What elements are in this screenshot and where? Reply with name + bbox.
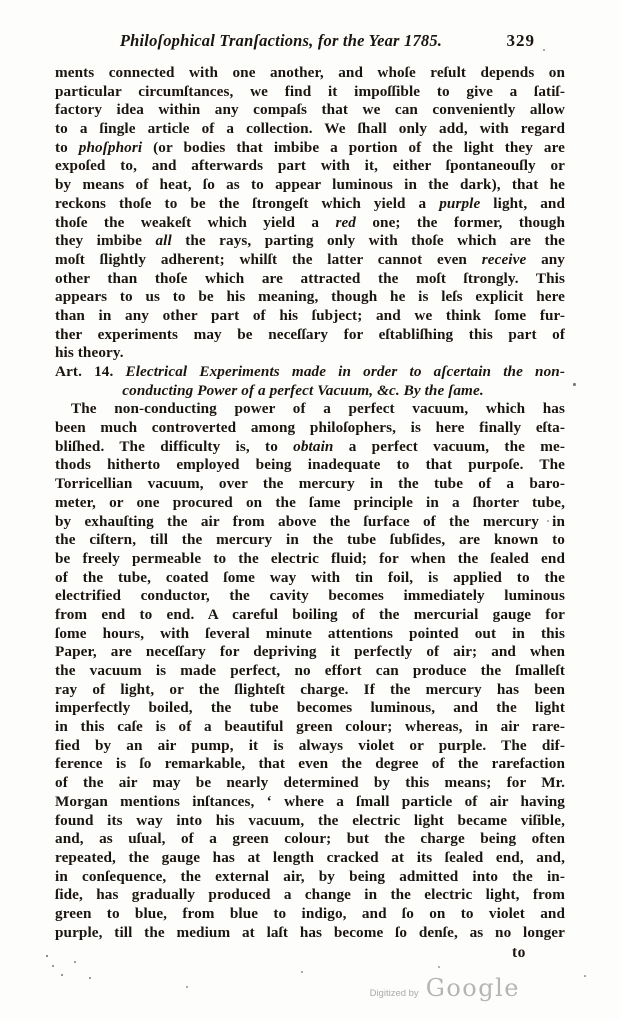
text-line: to phoſphori (or bodies that imbibe a po…	[55, 139, 565, 158]
text-block: ments connected with one another, and wh…	[55, 64, 565, 942]
text-line: Morgan mentions inſtances, ‘ where a ſma…	[55, 793, 565, 812]
text-line: by means of heat, ſo as to appear lumino…	[55, 176, 565, 195]
paragraph: ments connected with one another, and wh…	[55, 64, 565, 363]
article-heading: Art. 14. Electrical Experiments made in …	[55, 363, 565, 400]
text-line: moſt ſlightly adherent; whilſt the latte…	[55, 251, 565, 270]
text-line: from end to end. A careful boiling of th…	[55, 606, 565, 625]
text-line: of the air may be nearly determined by t…	[55, 774, 565, 793]
text-line: repeated, the gauge has at length cracke…	[55, 849, 565, 868]
text-line: appears to us to be his meaning, though …	[55, 288, 565, 307]
text-line: ference is ſo remarkable, that even the …	[55, 755, 565, 774]
text-line: ſide, has gradually produced a change in…	[55, 886, 565, 905]
text-line: green to blue, from blue to indigo, and …	[55, 905, 565, 924]
text-line: his theory.	[55, 344, 565, 363]
journal-title: Philoſophical Tranſactions, for the Year…	[55, 31, 507, 51]
text-line: be freely permeable to the electric flui…	[55, 550, 565, 569]
text-line: fied by an air pump, it is always violet…	[55, 737, 565, 756]
text-line: electrified conductor, the cavity become…	[55, 587, 565, 606]
text-line: thoſe the weakeſt which yield a red one;…	[55, 214, 565, 233]
text-line: other than thoſe which are attracted the…	[55, 270, 565, 289]
text-line: thods hitherto employed being inadequate…	[55, 456, 565, 475]
text-line: ments connected with one another, and wh…	[55, 64, 565, 83]
text-line: ray of light, or the ſlighteſt charge. I…	[55, 681, 565, 700]
text-line: purple, till the medium at laſt has beco…	[55, 924, 565, 943]
watermark-prefix: Digitized by	[370, 988, 419, 999]
text-line: reckons thoſe to be the ſtrongeſt which …	[55, 195, 565, 214]
text-line: meter, or one procured on the ſame princ…	[55, 494, 565, 513]
text-line: factory idea within any compaſs that we …	[55, 101, 565, 120]
text-line: than in any other part of his ſubject; a…	[55, 307, 565, 326]
text-line: to a ſingle article of a collection. We …	[55, 120, 565, 139]
paragraph: The non-conducting power of a perfect va…	[55, 400, 565, 942]
text-line: by exhauſting the air from above the ſur…	[55, 513, 565, 532]
text-line: they imbibe all the rays, parting only w…	[55, 232, 565, 251]
scanned-book-page: Philoſophical Tranſactions, for the Year…	[0, 0, 620, 1020]
text-line: of the tube, coated ſome way with tin fo…	[55, 569, 565, 588]
text-line: The non-conducting power of a perfect va…	[55, 400, 565, 419]
text-line: imperfectly boiled, the tube becomes lum…	[55, 699, 565, 718]
text-line: in conſequence, the external air, by bei…	[55, 868, 565, 887]
text-line: been much controverted among philoſopher…	[55, 419, 565, 438]
google-logo: Google	[426, 976, 520, 1000]
text-line: Art. 14. Electrical Experiments made in …	[55, 363, 565, 382]
google-watermark: Digitized by Google	[370, 976, 520, 1000]
text-line: the vacuum is made perfect, no effort ca…	[55, 662, 565, 681]
text-line: expoſed to, and afterwards part with it,…	[55, 157, 565, 176]
text-line: the ciſtern, till the mercury in the tub…	[55, 531, 565, 550]
page-number: 329	[507, 31, 536, 51]
text-line: ſome hours, with ſeveral minute attentio…	[55, 625, 565, 644]
running-header: Philoſophical Tranſactions, for the Year…	[55, 31, 565, 55]
text-line: ther experiments may be neceſſary for eſ…	[55, 326, 565, 345]
text-line: Torricellian vacuum, over the mercury in…	[55, 475, 565, 494]
text-line: found its way into his vacuum, the elect…	[55, 812, 565, 831]
text-line: conducting Power of a perfect Vacuum, &c…	[55, 382, 565, 401]
text-line: in this caſe is of a beautiful green col…	[55, 718, 565, 737]
text-line: Paper, are neceſſary for depriving it pe…	[55, 643, 565, 662]
text-line: bliſhed. The difficulty is, to obtain a …	[55, 438, 565, 457]
text-line: particular circumſtances, we find it imp…	[55, 83, 565, 102]
catchword: to	[512, 944, 526, 962]
text-line: and, as uſual, of a green colour; but th…	[55, 830, 565, 849]
